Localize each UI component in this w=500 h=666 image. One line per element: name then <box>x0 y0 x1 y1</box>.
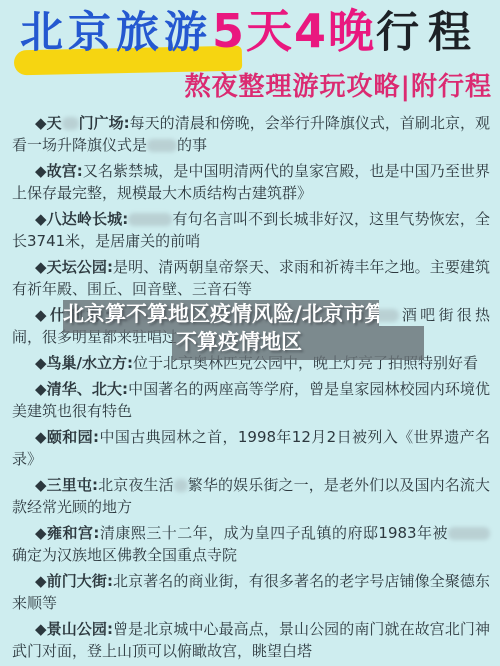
attraction-item: ◆颐和园:中国古典园林之首，1998年12月2日被列入《世界遗产名录》 <box>12 426 490 470</box>
item-name: 前门大街: <box>47 572 113 590</box>
attractions-list: ◆天门广场:每天的清晨和傍晚，会举行升降旗仪式，首刷北京，观看一场升降旗仪式是的… <box>12 112 490 666</box>
item-text: 北京夜生活 <box>98 476 174 494</box>
title-beijing-travel: 北京旅游 <box>20 8 212 58</box>
header: 北京旅游5天4晚行程 熬夜整理游玩攻略|附行程 <box>0 0 500 102</box>
attraction-item: ◆三里屯:北京夜生活繁华的娱乐街之一，是老外们以及国内名流大款经常光顾的地方 <box>12 474 490 518</box>
item-text: 清康熙三十二年，成为皇四子乱镇的府邸1983年被 <box>99 524 448 542</box>
item-bullet-diamond-icon: ◆ <box>35 210 47 228</box>
item-text: 的事 <box>177 136 207 154</box>
attraction-item: ◆八达岭长城:有句名言叫不到长城非好汉，这里气势恢宏，全长3741米，是居庸关的… <box>12 208 490 252</box>
item-bullet-diamond-icon: ◆ <box>35 572 47 590</box>
item-name: 雍和宫: <box>47 524 99 542</box>
item-text: 确定为汉族地区佛教全国重点寺院 <box>12 546 237 564</box>
page-title: 北京旅游5天4晚行程 <box>0 8 500 70</box>
attraction-item: ◆前门大街:北京著名的商业街，有很多著名的老字号店铺像全聚德东来顺等 <box>12 570 490 614</box>
attraction-item: ◆故宫:又名紫禁城，是中国明清两代的皇家宫殿，也是中国乃至世界上保存最完整，规模… <box>12 160 490 204</box>
redacted-blur-patch <box>62 117 79 130</box>
redacted-blur-patch <box>128 213 172 226</box>
item-bullet-diamond-icon: ◆ <box>35 354 47 372</box>
redacted-blur-patch <box>448 527 490 540</box>
overlay-line2: 不算疫情地区 <box>176 332 302 353</box>
title-5days-4nights: 5天4晚 <box>212 4 376 58</box>
item-name: 八达岭长城: <box>47 210 129 228</box>
attraction-item: ◆清华、北大:中国著名的两座高等学府，曾是皇家园林校园内环境优美建筑也很有特色 <box>12 378 490 422</box>
item-name: 故宫: <box>47 162 83 180</box>
item-bullet-diamond-icon: ◆ <box>35 380 47 398</box>
item-bullet-diamond-icon: ◆ <box>35 476 47 494</box>
item-name: 清华、北大: <box>47 380 128 398</box>
item-bullet-diamond-icon: ◆ <box>35 524 47 542</box>
attraction-item: ◆天坛公园:是明、清两朝皇帝祭天、求雨和祈祷丰年之地。主要建筑有祈年殿、围丘、回… <box>12 256 490 300</box>
item-name: 颐和园: <box>47 428 99 446</box>
travel-note-image: 北京旅游5天4晚行程 熬夜整理游玩攻略|附行程 ◆天门广场:每天的清晨和傍晚，会… <box>0 0 500 666</box>
item-name: 鸟巢/水立方: <box>47 354 133 372</box>
attraction-item: ◆雍和宫:清康熙三十二年，成为皇四子乱镇的府邸1983年被确定为汉族地区佛教全国… <box>12 522 490 566</box>
item-bullet-diamond-icon: ◆ <box>35 162 47 180</box>
item-name: 门广场: <box>79 114 130 132</box>
item-bullet-diamond-icon: ◆ <box>35 306 50 324</box>
subtitle: 熬夜整理游玩攻略|附行程 <box>0 73 500 102</box>
item-name: 天坛公园: <box>47 258 113 276</box>
redacted-blur-patch <box>147 139 177 152</box>
attraction-item: ◆天门广场:每天的清晨和傍晚，会举行升降旗仪式，首刷北京，观看一场升降旗仪式是的… <box>12 112 490 156</box>
item-name: 景山公园: <box>47 620 113 638</box>
item-name: 天 <box>47 114 62 132</box>
item-text: 又名紫禁城，是中国明清两代的皇家宫殿，也是中国乃至世界上保存最完整，规模最大木质… <box>12 162 490 202</box>
attraction-item: ◆景山公园:曾是北京城中心最高点，景山公园的南门就在故宫北门神武门对面，登上山顶… <box>12 618 490 662</box>
redacted-blur-patch <box>174 479 188 492</box>
overlay-line1: 北京算不算地区疫情风险/北京市算 <box>63 304 379 325</box>
title-itinerary: 行程 <box>376 8 480 58</box>
item-bullet-diamond-icon: ◆ <box>35 428 47 446</box>
item-bullet-diamond-icon: ◆ <box>35 114 47 132</box>
item-bullet-diamond-icon: ◆ <box>35 620 47 638</box>
item-name: 三里屯: <box>47 476 98 494</box>
item-bullet-diamond-icon: ◆ <box>35 258 47 276</box>
